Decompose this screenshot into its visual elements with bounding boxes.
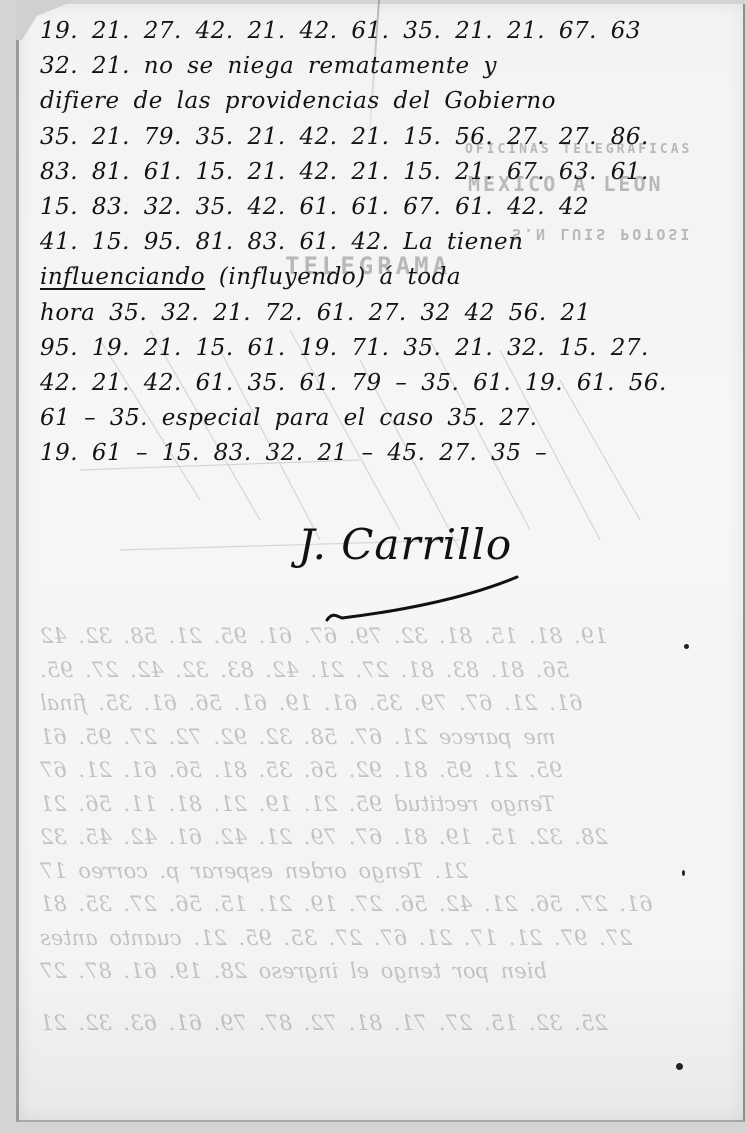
signature: J. Carrillo <box>298 520 512 569</box>
signature-flourish <box>322 572 522 632</box>
message-line: influenciando <box>40 264 205 290</box>
ink-speck <box>682 870 685 876</box>
message-line: difiere de las providencias del Gobierno <box>40 84 720 119</box>
message-line: 83. 81. 61. 15. 21. 42. 21. 15. 21. 67. … <box>40 155 720 190</box>
message-line: 95. 19. 21. 15. 61. 19. 71. 35. 21. 32. … <box>40 331 720 366</box>
bleed-line: me parece 21. 67. 58. 32. 92. 72. 27. 95… <box>40 721 720 755</box>
bleed-line: 56. 81. 83. 81. 27. 21. 42. 83. 32. 42. … <box>40 654 720 688</box>
bleed-line: 27. 97. 21. 17. 21. 67. 27. 35. 95. 21. … <box>40 922 720 956</box>
message-line: 19. 21. 27. 42. 21. 42. 61. 35. 21. 21. … <box>40 14 720 49</box>
bleed-line: 61. 21. 67. 79. 35. 61. 19. 61. 56. 61. … <box>40 687 720 721</box>
bleed-through-text: 19. 81. 15. 81. 32. 79. 67. 61. 95. 21. … <box>40 620 720 1040</box>
bleed-line: 95. 21. 95. 81. 92. 56. 35. 81. 56. 61. … <box>40 754 720 788</box>
bleed-line: 25. 32. 15. 27. 71. 81. 72. 87. 79. 61. … <box>40 1007 720 1041</box>
bleed-line: bien por tengo el ingreso 28. 19. 61. 87… <box>40 955 720 989</box>
message-line: 32. 21. no se niega rematamente y <box>40 49 720 84</box>
bleed-line: 21. Tengo orden esperar p. correo 17 <box>40 855 720 889</box>
ink-speck <box>676 1063 683 1070</box>
message-line: 41. 15. 95. 81. 83. 61. 42. La tienen <box>40 225 720 260</box>
bleed-line: 28. 32. 15. 19. 81. 67. 79. 21. 42. 61. … <box>40 821 720 855</box>
bleed-line: 61. 27. 56. 21. 42. 56. 27. 19. 21. 15. … <box>40 888 720 922</box>
message-line: hora 35. 32. 21. 72. 61. 27. 32 42 56. 2… <box>40 296 720 331</box>
bleed-line: Tengo rectitud 95. 21. 19. 21. 81. 11. 5… <box>40 788 720 822</box>
telegram-body: 19. 21. 27. 42. 21. 42. 61. 35. 21. 21. … <box>40 14 720 471</box>
message-line: 61 – 35. especial para el caso 35. 27. <box>40 401 720 436</box>
message-line: 35. 21. 79. 35. 21. 42. 21. 15. 56. 27. … <box>40 120 720 155</box>
message-line: 15. 83. 32. 35. 42. 61. 61. 67. 61. 42. … <box>40 190 720 225</box>
ink-speck <box>684 644 689 649</box>
message-line: 42. 21. 42. 61. 35. 61. 79 – 35. 61. 19.… <box>40 366 720 401</box>
message-line-underlined: influenciando (influyendo) á toda <box>40 260 720 295</box>
message-line: 19. 61 – 15. 83. 32. 21 – 45. 27. 35 – <box>40 436 720 471</box>
